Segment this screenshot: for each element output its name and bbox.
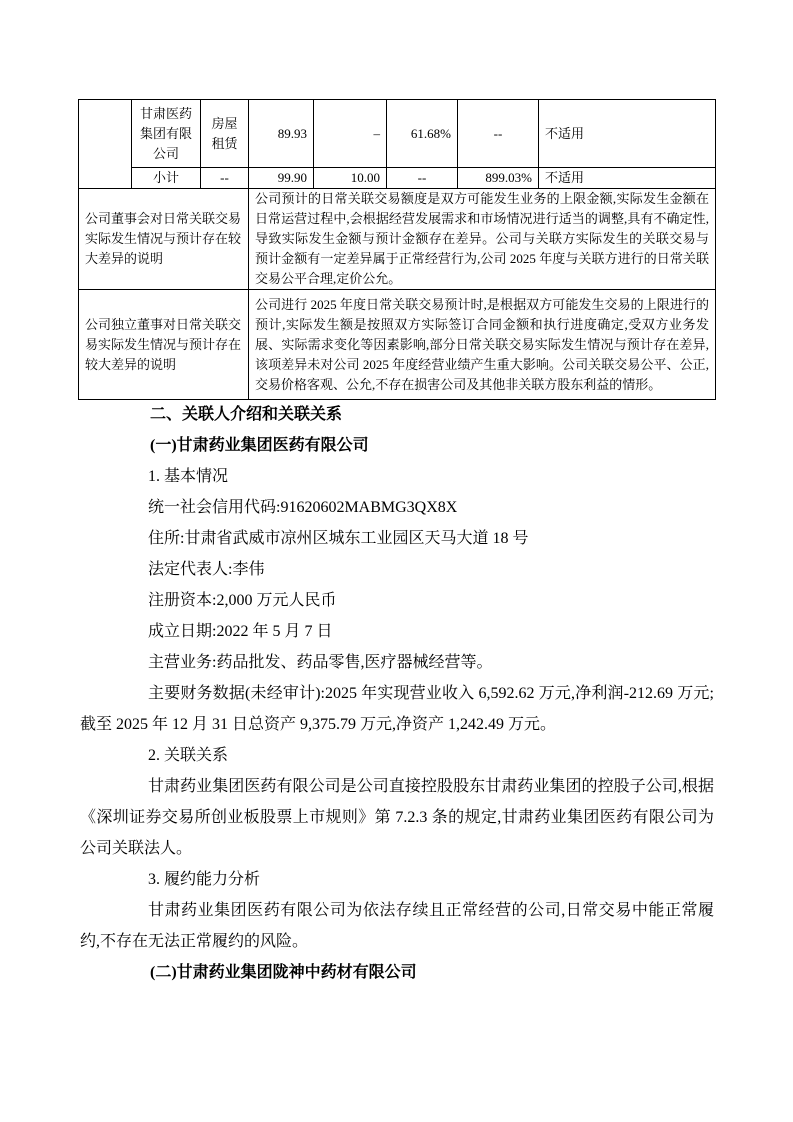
paragraph: 住所:甘肃省武威市凉州区城东工业园区天马大道 18 号 [80,523,714,554]
table-note-row: 公司独立董事对日常关联交易实际发生情况与预计存在较大差异的说明公司进行 2025… [79,290,716,400]
paragraph: 成立日期:2022 年 5 月 7 日 [80,616,714,647]
section-heading: (一)甘肃药业集团医药有限公司 [80,430,714,461]
table-cell: 不适用 [539,168,716,189]
paragraph: 甘肃药业集团医药有限公司是公司直接控股股东甘肃药业集团的控股子公司,根据《深圳证… [80,771,714,864]
paragraph: 法定代表人:李伟 [80,554,714,585]
table-cell [79,100,132,189]
table-cell: -- [387,168,458,189]
table-row: 甘肃医药集团有限公司房屋租赁89.93–61.68%--不适用 [79,100,716,168]
document-page: 甘肃医药集团有限公司房屋租赁89.93–61.68%--不适用小计--99.90… [0,0,793,1122]
paragraph: 统一社会信用代码:91620602MABMG3QX8X [80,492,714,523]
note-content-cell: 公司预计的日常关联交易额度是双方可能发生业务的上限金额,实际发生金额在日常运营过… [249,189,716,290]
table-cell: 89.93 [249,100,314,168]
paragraph: 主营业务:药品批发、药品零售,医疗器械经营等。 [80,647,714,678]
table-cell: 899.03% [458,168,539,189]
document-body-text: 二、关联人介绍和关联关系(一)甘肃药业集团医药有限公司1. 基本情况统一社会信用… [80,399,714,988]
paragraph: 2. 关联关系 [80,740,714,771]
table-cell: 甘肃医药集团有限公司 [132,100,201,168]
note-content-cell: 公司进行 2025 年度日常关联交易预计时,是根据双方可能发生交易的上限进行的预… [249,290,716,400]
table-cell: 小计 [132,168,201,189]
table-body: 甘肃医药集团有限公司房屋租赁89.93–61.68%--不适用小计--99.90… [79,100,716,400]
table-cell: -- [201,168,249,189]
paragraph: 主要财务数据(未经审计):2025 年实现营业收入 6,592.62 万元,净利… [80,678,714,740]
table-cell: – [314,100,387,168]
table-cell: 61.68% [387,100,458,168]
paragraph: 甘肃药业集团医药有限公司为依法存续且正常经营的公司,日常交易中能正常履约,不存在… [80,895,714,957]
section-heading: (二)甘肃药业集团陇神中药材有限公司 [80,957,714,988]
section-heading: 二、关联人介绍和关联关系 [80,399,714,430]
paragraph: 注册资本:2,000 万元人民币 [80,585,714,616]
table-cell: 不适用 [539,100,716,168]
paragraph: 3. 履约能力分析 [80,864,714,895]
table-cell: 99.90 [249,168,314,189]
table-cell: 10.00 [314,168,387,189]
table-cell: 房屋租赁 [201,100,249,168]
table-row: 小计--99.9010.00--899.03%不适用 [79,168,716,189]
table-cell: -- [458,100,539,168]
paragraph: 1. 基本情况 [80,461,714,492]
note-label-cell: 公司董事会对日常关联交易实际发生情况与预计存在较大差异的说明 [79,189,249,290]
table-note-row: 公司董事会对日常关联交易实际发生情况与预计存在较大差异的说明公司预计的日常关联交… [79,189,716,290]
related-transactions-table: 甘肃医药集团有限公司房屋租赁89.93–61.68%--不适用小计--99.90… [78,99,716,400]
note-label-cell: 公司独立董事对日常关联交易实际发生情况与预计存在较大差异的说明 [79,290,249,400]
